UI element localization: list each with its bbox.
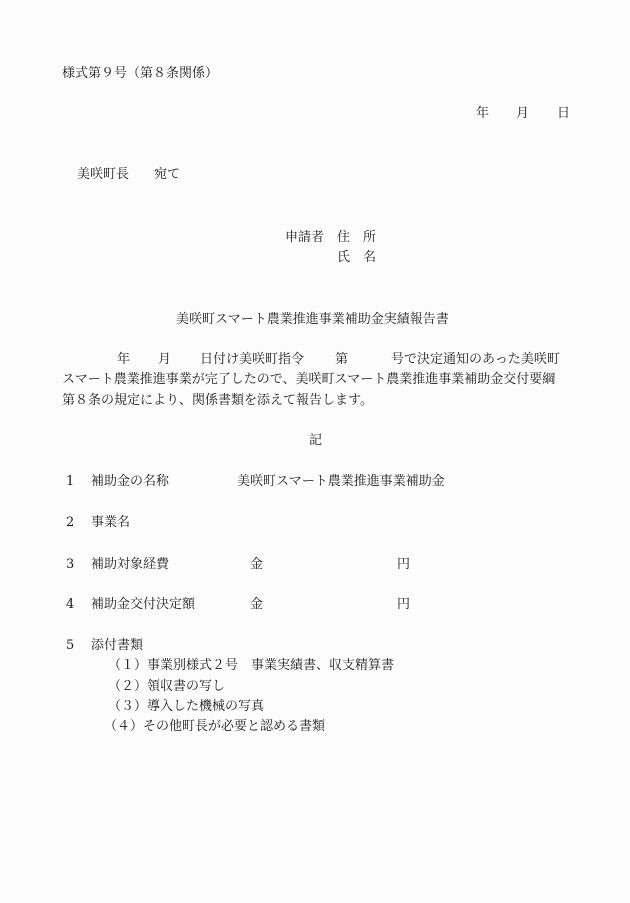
item-3-label: 補助対象経費 xyxy=(91,557,169,573)
item-4-unit: 円 xyxy=(397,597,410,613)
item-1-value: 美咲町スマート農業推進事業補助金 xyxy=(237,474,445,490)
item-2-label: 事業名 xyxy=(91,515,130,531)
applicant-name-label: 氏 名 xyxy=(337,250,376,266)
report-form-page: 様式第９号（第８条関係） 年 月 日 美咲町長 宛て 申請者 住 所 氏 名 美… xyxy=(0,0,630,903)
item-4-prefix: 金 xyxy=(250,597,263,613)
item-1-label: 補助金の名称 xyxy=(91,474,169,490)
addressee-name: 美咲町長 xyxy=(77,167,129,183)
item-5-number: 5 xyxy=(66,638,74,654)
body-month: 月 xyxy=(158,352,171,368)
body-line1-rest: 号で決定通知のあった美咲町 xyxy=(391,352,560,368)
date-year-label: 年 xyxy=(476,106,489,122)
item-5-label: 添付書類 xyxy=(91,638,143,654)
applicant-address-label: 住 所 xyxy=(337,230,376,246)
ki-heading: 記 xyxy=(309,433,322,449)
item-4-label: 補助金交付決定額 xyxy=(91,597,195,613)
attachment-2: （２）領収書の写し xyxy=(108,679,225,695)
body-year: 年 xyxy=(117,352,130,368)
item-2-number: 2 xyxy=(66,515,74,531)
applicant-label: 申請者 xyxy=(285,230,324,246)
addressee-suffix: 宛て xyxy=(154,167,180,183)
item-1-number: 1 xyxy=(66,474,74,490)
body-dai: 第 xyxy=(335,352,348,368)
attachment-4: （４）その他町長が必要と認める書類 xyxy=(104,719,325,735)
date-month-label: 月 xyxy=(516,106,529,122)
attachment-3: （３）導入した機械の写真 xyxy=(108,699,264,715)
item-3-number: 3 xyxy=(66,557,74,573)
attachment-1: （１）事業別様式２号 事業実績書、収支精算書 xyxy=(108,658,394,674)
form-number: 様式第９号（第８条関係） xyxy=(62,66,218,82)
item-4-number: 4 xyxy=(66,597,74,613)
date-day-label: 日 xyxy=(557,106,570,122)
body-day-text: 日付け美咲町指令 xyxy=(200,352,304,368)
body-line3: 第８条の規定により、関係書類を添えて報告します。 xyxy=(62,393,373,409)
item-3-unit: 円 xyxy=(397,557,410,573)
item-3-prefix: 金 xyxy=(250,557,263,573)
document-title: 美咲町スマート農業推進事業補助金実績報告書 xyxy=(176,312,449,328)
body-line2: スマート農業推進事業が完了したので、美咲町スマート農業推進事業補助金交付要綱 xyxy=(62,372,555,388)
